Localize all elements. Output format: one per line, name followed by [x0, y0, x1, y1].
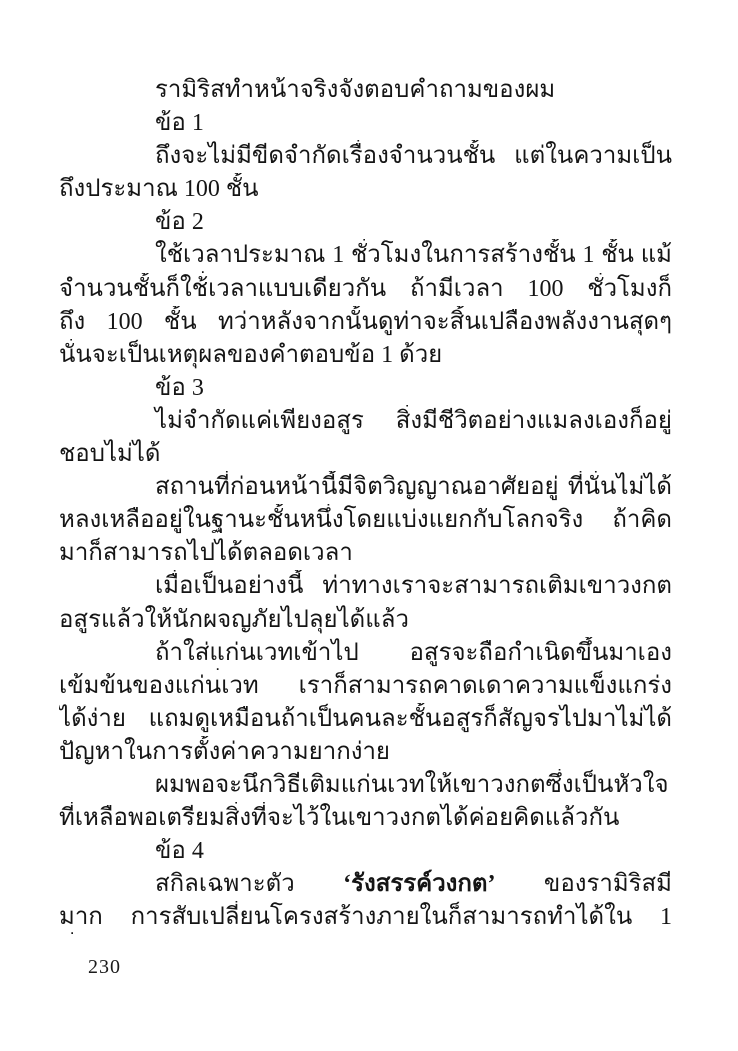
text-line: จำนวนชั้นก็ใช้เวลาแบบเดียวกัน ถ้ามีเวลา … — [59, 273, 672, 306]
text-line: ถึง 100 ชั้น ทว่าหลังจากนั้นดูท่าจะสิ้นเ… — [59, 306, 672, 339]
text-line: ข้อ 3 — [59, 372, 672, 405]
text-block: รามิริสทำหน้าจริงจังตอบคำถามของผมข้อ 1ถึ… — [59, 74, 672, 934]
text-line: นั่นจะเป็นเหตุผลของคำตอบข้อ 1 ด้วย — [59, 339, 672, 372]
text-line: ใช้เวลาประมาณ 1 ชั่วโมงในการสร้างชั้น 1 … — [59, 239, 672, 272]
text-line: รามิริสทำหน้าจริงจังตอบคำถามของผม — [59, 74, 672, 107]
text-line: เมื่อเป็นอย่างนี้ ท่าทางเราจะสามารถเติมเ… — [59, 570, 672, 603]
text-line: สกิลเฉพาะตัว ‘รังสรรค์วงกต’ ของรามิริสมี… — [59, 868, 672, 901]
text-segment: สกิลเฉพาะตัว — [155, 871, 343, 897]
page-number: 230 — [88, 956, 121, 979]
text-line: เข้มข้นของแก่นเวท เราก็สามารถคาดเดาความแ… — [59, 670, 672, 703]
book-page: รามิริสทำหน้าจริงจังตอบคำถามของผมข้อ 1ถึ… — [0, 0, 738, 1051]
bold-term: ‘รังสรรค์วงกต’ — [343, 871, 495, 897]
text-line: ข้อ 2 — [59, 206, 672, 239]
text-line: มาก็สามารถไปได้ตลอดเวลา — [59, 537, 672, 570]
text-line: มาก การสับเปลี่ยนโครงสร้างภายในก็สามารถท… — [59, 901, 672, 934]
text-line: ที่เหลือพอเตรียมสิ่งที่จะไว้ในเขาวงกตได้… — [59, 802, 672, 835]
text-line: ผมพอจะนึกวิธีเติมแก่นเวทให้เขาวงกตซึ่งเป… — [59, 769, 672, 802]
text-line: ข้อ 1 — [59, 107, 672, 140]
text-line: สถานที่ก่อนหน้านี้มีจิตวิญญาณอาศัยอยู่ ท… — [59, 471, 672, 504]
text-line: ถึงจะไม่มีขีดจำกัดเรื่องจำนวนชั้น แต่ในค… — [59, 140, 672, 173]
text-line: ถ้าใส่แก่นเวทเข้าไป อสูรจะถือกำเนิดขึ้นม… — [59, 637, 672, 670]
text-line: ได้ง่าย แถมดูเหมือนถ้าเป็นคนละชั้นอสูรก็… — [59, 703, 672, 736]
text-line: ข้อ 4 — [59, 835, 672, 868]
text-line: ชอบไม่ได้ — [59, 438, 672, 471]
text-line: ถึงประมาณ 100 ชั้น — [59, 173, 672, 206]
text-line: ปัญหาในการตั้งค่าความยากง่าย — [59, 736, 672, 769]
text-line: หลงเหลืออยู่ในฐานะชั้นหนึ่งโดยแบ่งแยกกับ… — [59, 504, 672, 537]
text-line: อสูรแล้วให้นักผจญภัยไปลุยได้แล้ว — [59, 604, 672, 637]
text-line: ไม่จำกัดแค่เพียงอสูร สิ่งมีชีวิตอย่างแมล… — [59, 405, 672, 438]
